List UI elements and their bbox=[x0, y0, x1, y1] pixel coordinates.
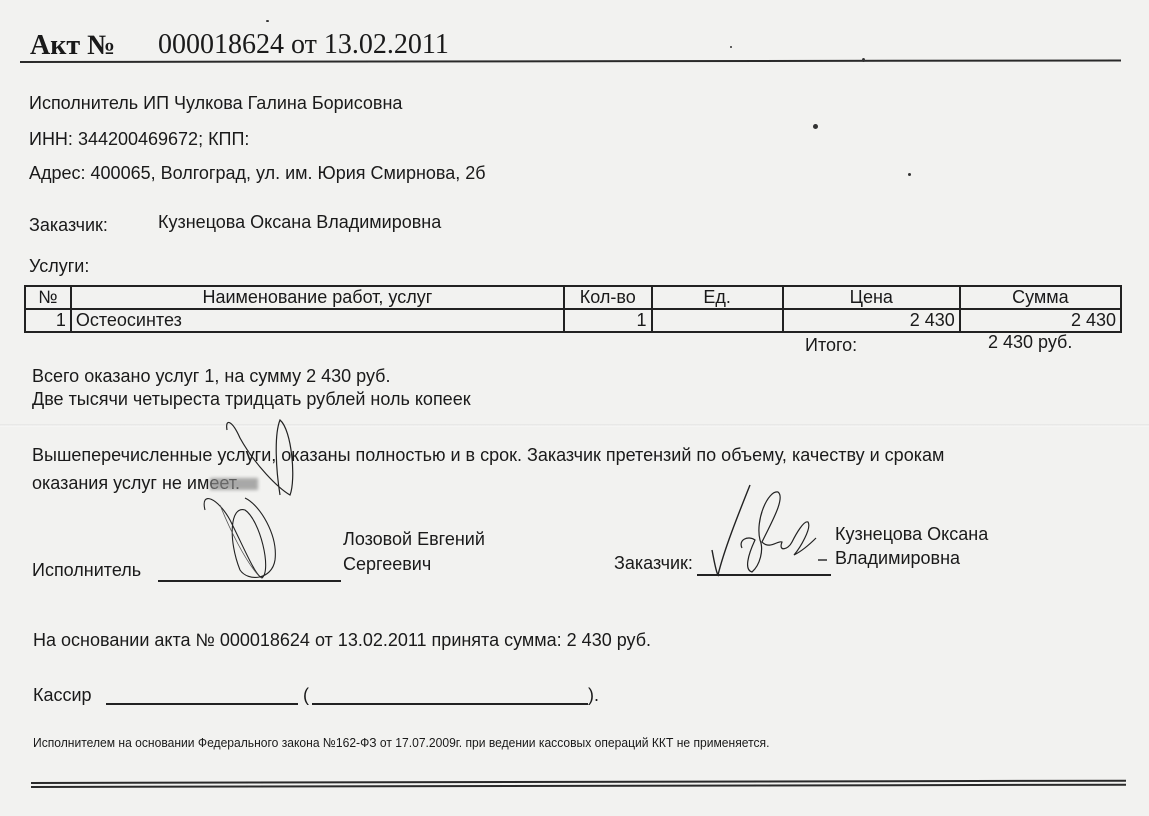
document-title-label: Акт № bbox=[30, 30, 115, 62]
col-header-qty: Кол-во bbox=[564, 286, 652, 309]
total-label: Итого: bbox=[805, 335, 857, 356]
cell-sum: 2 430 bbox=[960, 309, 1121, 332]
scan-speck bbox=[813, 124, 818, 129]
services-table: № Наименование работ, услуг Кол-во Ед. Ц… bbox=[24, 285, 1122, 333]
claims-statement-line1: Вышеперечисленные услуги, оказаны полнос… bbox=[32, 445, 944, 466]
kkt-footnote: Исполнителем на основании Федерального з… bbox=[33, 735, 769, 750]
executor-signature-label: Исполнитель bbox=[32, 560, 141, 581]
summary-total-line: Всего оказано услуг 1, на сумму 2 430 ру… bbox=[32, 366, 390, 387]
executor-address: Адрес: 400065, Волгоград, ул. им. Юрия С… bbox=[29, 163, 486, 184]
col-header-sum: Сумма bbox=[960, 286, 1121, 309]
cashier-signature-line bbox=[106, 703, 298, 705]
summary-words-line: Две тысячи четыреста тридцать рублей нол… bbox=[32, 389, 471, 410]
footer-double-rule-bottom bbox=[31, 784, 1126, 788]
payment-basis-line: На основании акта № 000018624 от 13.02.2… bbox=[33, 630, 651, 651]
executor-inn: ИНН: 344200469672; КПП: bbox=[29, 129, 249, 150]
customer-signer-name-line1: Кузнецова Оксана bbox=[835, 524, 988, 545]
cashier-label: Кассир bbox=[33, 685, 92, 706]
customer-signature-icon bbox=[700, 480, 830, 585]
cell-name: Остеосинтез bbox=[71, 309, 564, 332]
customer-signer-name-line2: Владимировна bbox=[835, 548, 960, 569]
col-header-unit: Ед. bbox=[652, 286, 783, 309]
paper-fold-crease bbox=[0, 424, 1149, 427]
table-row: 1 Остеосинтез 1 2 430 2 430 bbox=[25, 309, 1121, 332]
scan-speck bbox=[266, 20, 269, 22]
table-header-row: № Наименование работ, услуг Кол-во Ед. Ц… bbox=[25, 286, 1121, 309]
title-rule bbox=[20, 59, 1121, 63]
cell-price: 2 430 bbox=[783, 309, 960, 332]
col-header-num: № bbox=[25, 286, 71, 309]
executor-signature-icon bbox=[200, 410, 320, 585]
customer-signature-label: Заказчик: bbox=[614, 553, 693, 574]
cashier-paren-open: ( bbox=[303, 685, 309, 706]
cell-qty: 1 bbox=[564, 309, 652, 332]
services-label: Услуги: bbox=[29, 256, 89, 277]
executor-line: Исполнитель ИП Чулкова Галина Борисовна bbox=[29, 93, 402, 114]
col-header-name: Наименование работ, услуг bbox=[71, 286, 564, 309]
act-document: Акт № 000018624 от 13.02.2011 Исполнител… bbox=[0, 0, 1149, 816]
customer-signature-line bbox=[697, 574, 831, 576]
customer-name: Кузнецова Оксана Владимировна bbox=[158, 212, 441, 233]
cashier-name-line bbox=[312, 703, 588, 705]
scan-speck bbox=[730, 46, 732, 48]
scan-speck bbox=[862, 58, 865, 62]
executor-signer-name-line1: Лозовой Евгений bbox=[343, 529, 485, 550]
executor-signer-name-line2: Сергеевич bbox=[343, 554, 431, 575]
scan-speck bbox=[908, 173, 911, 176]
document-number-date: 000018624 от 13.02.2011 bbox=[158, 29, 449, 61]
cell-num: 1 bbox=[25, 309, 71, 332]
customer-label: Заказчик: bbox=[29, 215, 108, 236]
total-value: 2 430 руб. bbox=[988, 332, 1072, 353]
cell-unit bbox=[652, 309, 783, 332]
cashier-paren-close: ). bbox=[588, 685, 599, 706]
col-header-price: Цена bbox=[783, 286, 960, 309]
executor-signature-line bbox=[158, 580, 341, 582]
